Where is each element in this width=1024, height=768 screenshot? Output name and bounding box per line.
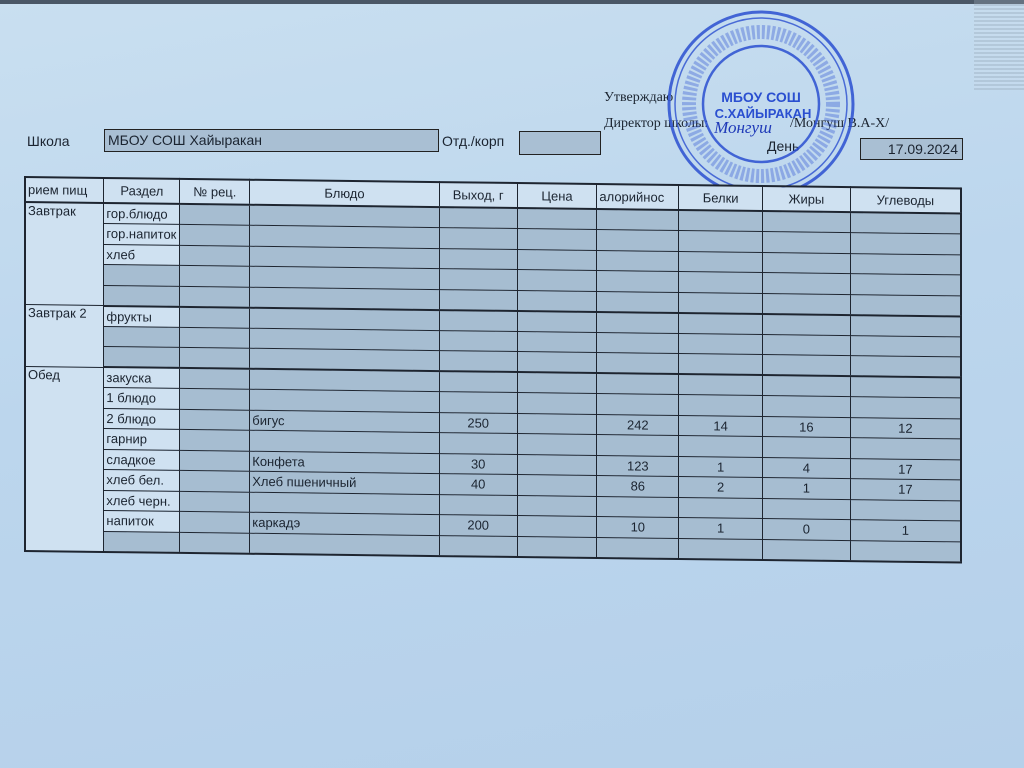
recipe-cell [180,224,250,245]
dish-cell [250,533,440,556]
protein-cell: 2 [679,477,763,499]
price-cell [517,229,597,250]
col-protein: Белки [679,185,763,211]
kcal-cell [597,270,679,292]
meal-cell: Завтрак 2 [25,305,104,367]
section-cell: 2 блюдо [104,408,180,429]
price-cell [517,290,597,311]
output-cell [439,269,517,290]
fat-cell [763,355,851,377]
price-cell [517,208,597,229]
kcal-cell [597,496,679,518]
carbs-cell: 17 [850,479,961,501]
kcal-cell [597,537,679,559]
svg-text:Монгуш: Монгуш [713,118,772,137]
output-cell [439,289,517,310]
col-meal: рием пищ [25,177,104,203]
carbs-cell [850,294,961,316]
carbs-cell [850,397,961,419]
carbs-cell [850,212,961,234]
output-cell [439,494,517,515]
section-cell [104,326,180,347]
school-name-field: МБОУ СОШ Хайыракан [104,129,439,152]
output-cell: 200 [439,515,517,536]
official-stamp-icon: МБОУ СОШ С.ХАЙЫРАКАН Монгуш [663,6,859,202]
col-output: Выход, г [439,182,517,208]
price-cell [517,536,597,557]
section-cell: гор.напиток [104,223,180,244]
col-carbs: Углеводы [850,187,961,213]
output-cell [439,392,517,413]
carbs-cell: 12 [850,417,961,439]
section-cell: хлеб [104,244,180,265]
dish-cell: бигус [250,410,440,433]
protein-cell [679,272,763,294]
carbs-cell [850,499,961,521]
fat-cell: 16 [763,416,851,438]
carbs-cell [850,315,961,337]
kcal-cell [597,229,679,251]
dept-field [519,131,601,155]
dish-cell [250,369,440,392]
fat-cell [763,252,851,274]
recipe-cell [180,388,250,409]
recipe-cell [180,286,250,307]
recipe-cell [180,204,250,225]
fat-cell: 4 [763,457,851,479]
output-cell [439,433,517,454]
carbs-cell: 1 [850,520,961,542]
kcal-cell: 123 [597,455,679,477]
print-smudge [974,0,1024,90]
protein-cell: 1 [679,456,763,478]
section-cell [104,346,180,367]
carbs-cell: 17 [850,458,961,480]
dish-cell: Конфета [250,451,440,474]
meal-cell: Обед [25,366,104,551]
protein-cell [679,333,763,355]
recipe-cell [180,306,250,327]
dish-cell [250,328,440,351]
dish-cell [250,389,440,412]
section-cell: 1 блюдо [104,387,180,408]
price-cell [517,311,597,332]
recipe-cell [180,265,250,286]
kcal-cell [597,250,679,272]
protein-cell [679,251,763,273]
output-cell [439,371,517,392]
section-cell: напиток [104,510,180,531]
protein-cell [679,395,763,417]
protein-cell [679,374,763,396]
col-dish: Блюдо [250,180,440,207]
section-cell: закуска [104,367,180,388]
fat-cell [763,232,851,254]
dept-label: Отд./корп [442,133,504,149]
kcal-cell: 86 [597,475,679,497]
fat-cell [763,396,851,418]
dish-cell [250,430,440,453]
carbs-cell [850,540,961,562]
col-price: Цена [517,183,597,209]
price-cell [517,393,597,414]
fat-cell [763,273,851,295]
carbs-cell [850,356,961,378]
output-cell: 30 [439,453,517,474]
recipe-cell [180,429,250,450]
fat-cell [763,498,851,520]
school-label: Школа [27,133,70,149]
protein-cell: 1 [679,518,763,540]
col-section: Раздел [104,178,180,204]
kcal-cell [597,373,679,395]
kcal-cell [597,434,679,456]
kcal-cell [597,291,679,313]
protein-cell [679,313,763,335]
output-cell [439,535,517,556]
kcal-cell [597,352,679,374]
protein-cell [679,292,763,314]
dish-cell [250,307,440,330]
dish-cell: каркадэ [250,512,440,535]
protein-cell [679,538,763,560]
kcal-cell: 10 [597,516,679,538]
price-cell [517,270,597,291]
section-cell [104,531,180,552]
kcal-cell [597,332,679,354]
recipe-cell [180,245,250,266]
output-cell [439,351,517,372]
section-cell: хлеб бел. [104,469,180,490]
fat-cell [763,211,851,233]
fat-cell [763,539,851,561]
kcal-cell: 242 [597,414,679,436]
recipe-cell [180,409,250,430]
section-cell [104,285,180,306]
dish-cell [250,246,440,269]
price-cell [517,495,597,516]
output-cell: 250 [439,412,517,433]
dish-cell [250,205,440,228]
fat-cell [763,375,851,397]
price-cell [517,352,597,373]
recipe-cell [180,450,250,471]
price-cell [517,372,597,393]
kcal-cell [597,209,679,231]
price-cell [517,454,597,475]
dish-cell [250,492,440,515]
kcal-cell [597,311,679,333]
col-fat: Жиры [763,186,851,212]
protein-cell [679,436,763,458]
col-recipe: № рец. [180,179,250,205]
price-cell [517,475,597,496]
carbs-cell [850,233,961,255]
fat-cell [763,437,851,459]
menu-table: рием пищ Раздел № рец. Блюдо Выход, г Це… [24,176,962,563]
protein-cell [679,354,763,376]
svg-text:МБОУ СОШ: МБОУ СОШ [721,89,801,105]
carbs-cell [850,376,961,398]
section-cell [104,264,180,285]
recipe-cell [180,327,250,348]
meal-cell: Завтрак [25,202,104,305]
fat-cell [763,314,851,336]
carbs-cell [850,335,961,357]
protein-cell [679,231,763,253]
section-cell: сладкое [104,449,180,470]
kcal-cell [597,393,679,415]
carbs-cell [850,274,961,296]
dish-cell [250,266,440,289]
price-cell [517,413,597,434]
price-cell [517,249,597,270]
recipe-cell [180,470,250,491]
dish-cell: Хлеб пшеничный [250,471,440,494]
output-cell [439,330,517,351]
col-kcal: алорийнос [597,184,679,210]
output-cell [439,248,517,269]
recipe-cell [180,511,250,532]
recipe-cell [180,347,250,368]
protein-cell [679,497,763,519]
output-cell: 40 [439,474,517,495]
recipe-cell [180,491,250,512]
section-cell: фрукты [104,305,180,326]
date-field: 17.09.2024 [860,138,963,160]
fat-cell [763,334,851,356]
price-cell [517,516,597,537]
section-cell: гарнир [104,428,180,449]
fat-cell [763,293,851,315]
fat-cell: 1 [763,478,851,500]
section-cell: хлеб черн. [104,490,180,511]
photo-edge [0,0,1024,4]
dish-cell [250,287,440,310]
output-cell [439,310,517,331]
protein-cell: 14 [679,415,763,437]
output-cell [439,207,517,228]
fat-cell: 0 [763,519,851,541]
recipe-cell [180,368,250,389]
section-cell: гор.блюдо [104,203,180,224]
carbs-cell [850,438,961,460]
price-cell [517,434,597,455]
dish-cell [250,348,440,371]
price-cell [517,331,597,352]
dish-cell [250,225,440,248]
carbs-cell [850,253,961,275]
protein-cell [679,210,763,232]
output-cell [439,228,517,249]
recipe-cell [180,532,250,553]
